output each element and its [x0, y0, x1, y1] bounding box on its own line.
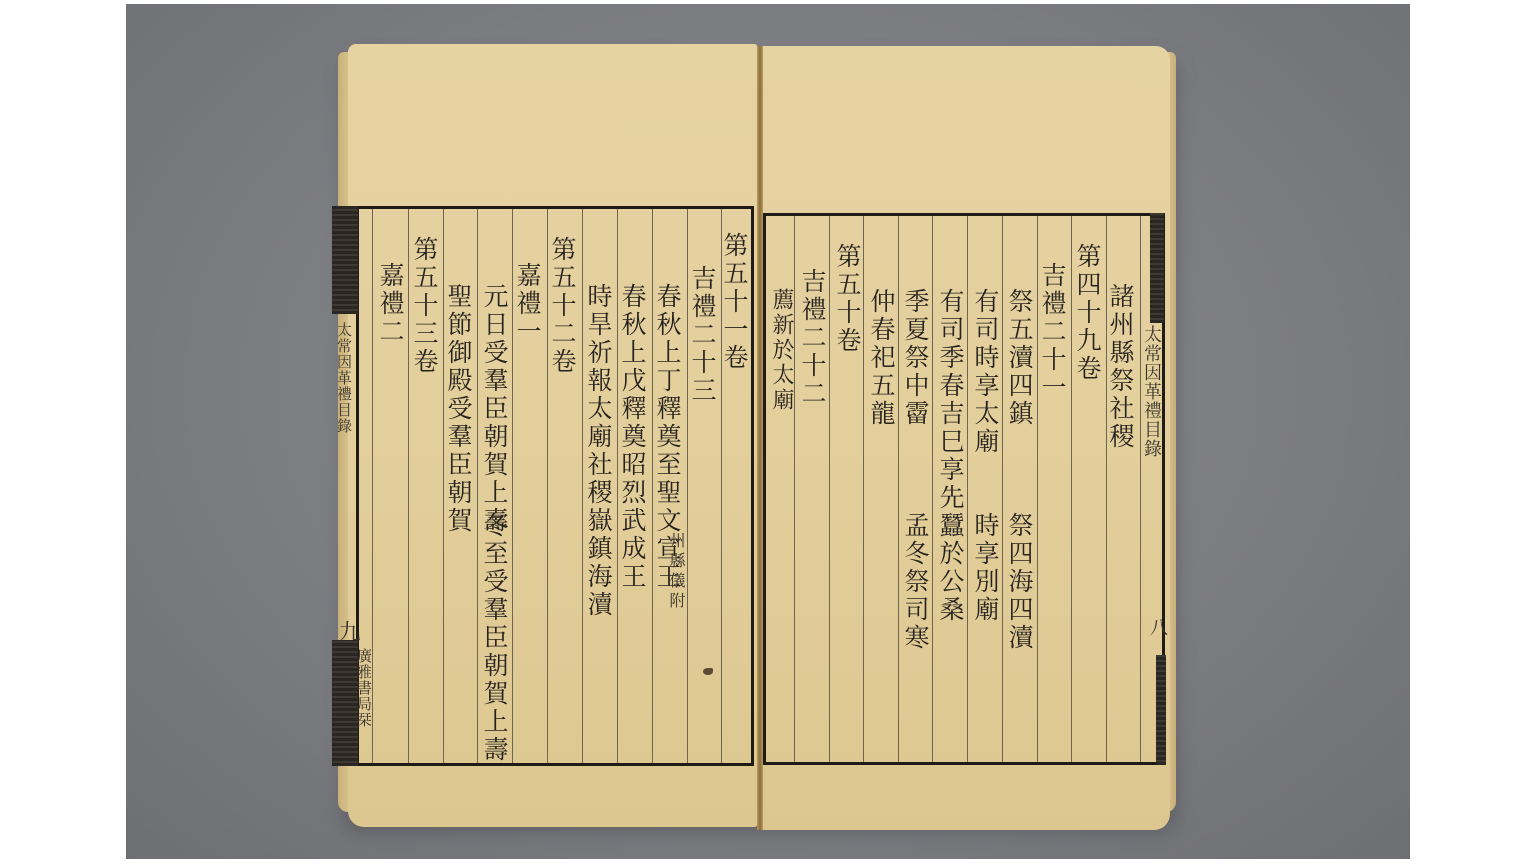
toc-juan-52: 第五十二卷 [550, 236, 575, 376]
toc-section-jili-23: 吉禮二十三 [690, 265, 715, 405]
column-rule [477, 209, 478, 763]
column-rule [863, 216, 864, 762]
publisher-imprint: 廣雅書局栞 [356, 648, 371, 728]
paper-stain [703, 668, 713, 675]
toc-entry: 冬至受羣臣朝賀上壽 [482, 512, 507, 764]
toc-section-jili-22: 吉禮二十二 [800, 268, 825, 408]
column-rule [1071, 216, 1072, 762]
toc-entry: 祭五瀆四鎮 [1007, 288, 1032, 428]
toc-section-jili-21: 吉禮二十一 [1040, 262, 1065, 402]
toc-juan-50: 第五十卷 [835, 243, 860, 355]
toc-entry: 時享別廟 [973, 512, 998, 624]
toc-entry: 時旱祈報太廟社稷嶽鎮海瀆 [586, 283, 611, 619]
toc-entry: 孟冬祭司寒 [903, 512, 928, 652]
toc-entry: 有司時享太廟 [973, 288, 998, 456]
column-rule [408, 209, 409, 763]
toc-juan-53: 第五十三卷 [412, 236, 437, 376]
column-rule [898, 216, 899, 762]
toc-entry: 元日受羣臣朝賀上壽 [482, 283, 507, 535]
column-rule [1002, 216, 1003, 762]
toc-section-jiali-2: 嘉禮二 [378, 262, 403, 346]
toc-entry: 薦新於太廟 [770, 288, 792, 413]
toc-entry: 仲春祀五龍 [869, 288, 894, 428]
toc-entry: 季夏祭中霤 [903, 288, 928, 428]
left-fold-title: 太常因革禮目錄 [336, 322, 351, 434]
right-page-number: 八 [1148, 618, 1166, 638]
toc-entry: 有司季春吉巳享先蠶於公桑 [938, 288, 963, 624]
toc-juan-51: 第五十一卷 [722, 232, 747, 372]
column-rule [1140, 216, 1141, 762]
fold-black-lower-right [1156, 655, 1166, 765]
fold-black-upper-right [1150, 213, 1164, 323]
column-rule [582, 209, 583, 763]
column-rule [794, 216, 795, 762]
toc-entry: 春秋上戊釋奠昭烈武成王 [620, 283, 645, 591]
column-rule [829, 216, 830, 762]
left-page-number: 九 [336, 620, 358, 644]
column-rule [932, 216, 933, 762]
right-fold-title: 太常因革禮目錄 [1142, 325, 1160, 458]
toc-entry: 諸州縣祭社稷 [1108, 283, 1133, 451]
toc-section-jiali-1: 嘉禮一 [515, 262, 540, 346]
column-rule [967, 216, 968, 762]
toc-entry: 聖節御殿受羣臣朝賀 [446, 283, 471, 535]
fold-black-upper-left [332, 206, 358, 314]
toc-annotation: 州縣儀附 [668, 532, 684, 612]
toc-juan-49: 第四十九卷 [1075, 243, 1100, 383]
toc-entry: 祭四海四瀆 [1007, 512, 1032, 652]
